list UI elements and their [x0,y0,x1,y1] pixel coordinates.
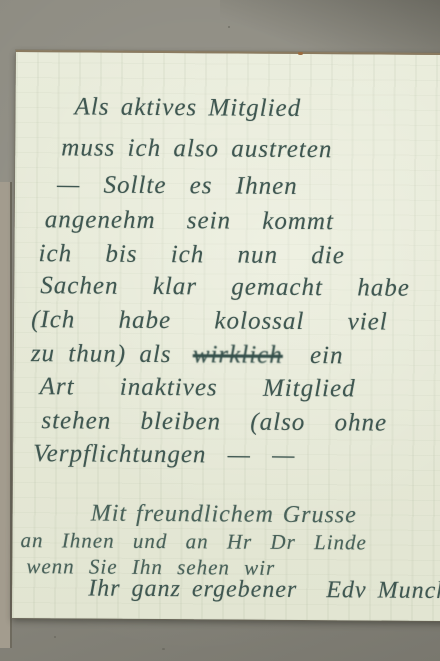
letter-line: Sachen klar gemacht habe [40,271,410,304]
letter-line: (Ich habe kolossal viel [31,305,388,337]
photo-backdrop: Als aktives Mitglied muss ich also austr… [0,0,440,661]
line-segment: ein [310,342,344,369]
letter-line: ich bis ich nun die [38,239,345,271]
letter-paper: Als aktives Mitglied muss ich also austr… [12,50,440,621]
letter-line: muss ich also austreten [61,133,332,165]
dust-speck [228,26,230,28]
letter-line: — Sollte es Ihnen [57,170,298,202]
signature: Edv Munch [326,577,440,604]
letter-line: Als aktives Mitglied [74,92,301,124]
letter-line: stehen bleiben (also ohne [41,406,387,438]
valediction: Ihr ganz ergebener [88,576,297,603]
signature-line: Ihr ganz ergebener Edv Munch [88,574,440,607]
line-segment: zu thun) als [31,340,172,368]
letter-line: zu thun) als wirklich ein [31,339,352,371]
letter-line: angenehm sein kommt [45,205,334,237]
letter-line: Art inaktives Mitglied [40,372,356,404]
rust-stain [298,52,303,55]
struck-word: wirklich [193,341,283,369]
letter-line: Verpflichtungen — — [33,439,295,471]
dust-speck [162,648,165,650]
dust-speck [54,636,56,638]
mat-edge [0,182,12,648]
